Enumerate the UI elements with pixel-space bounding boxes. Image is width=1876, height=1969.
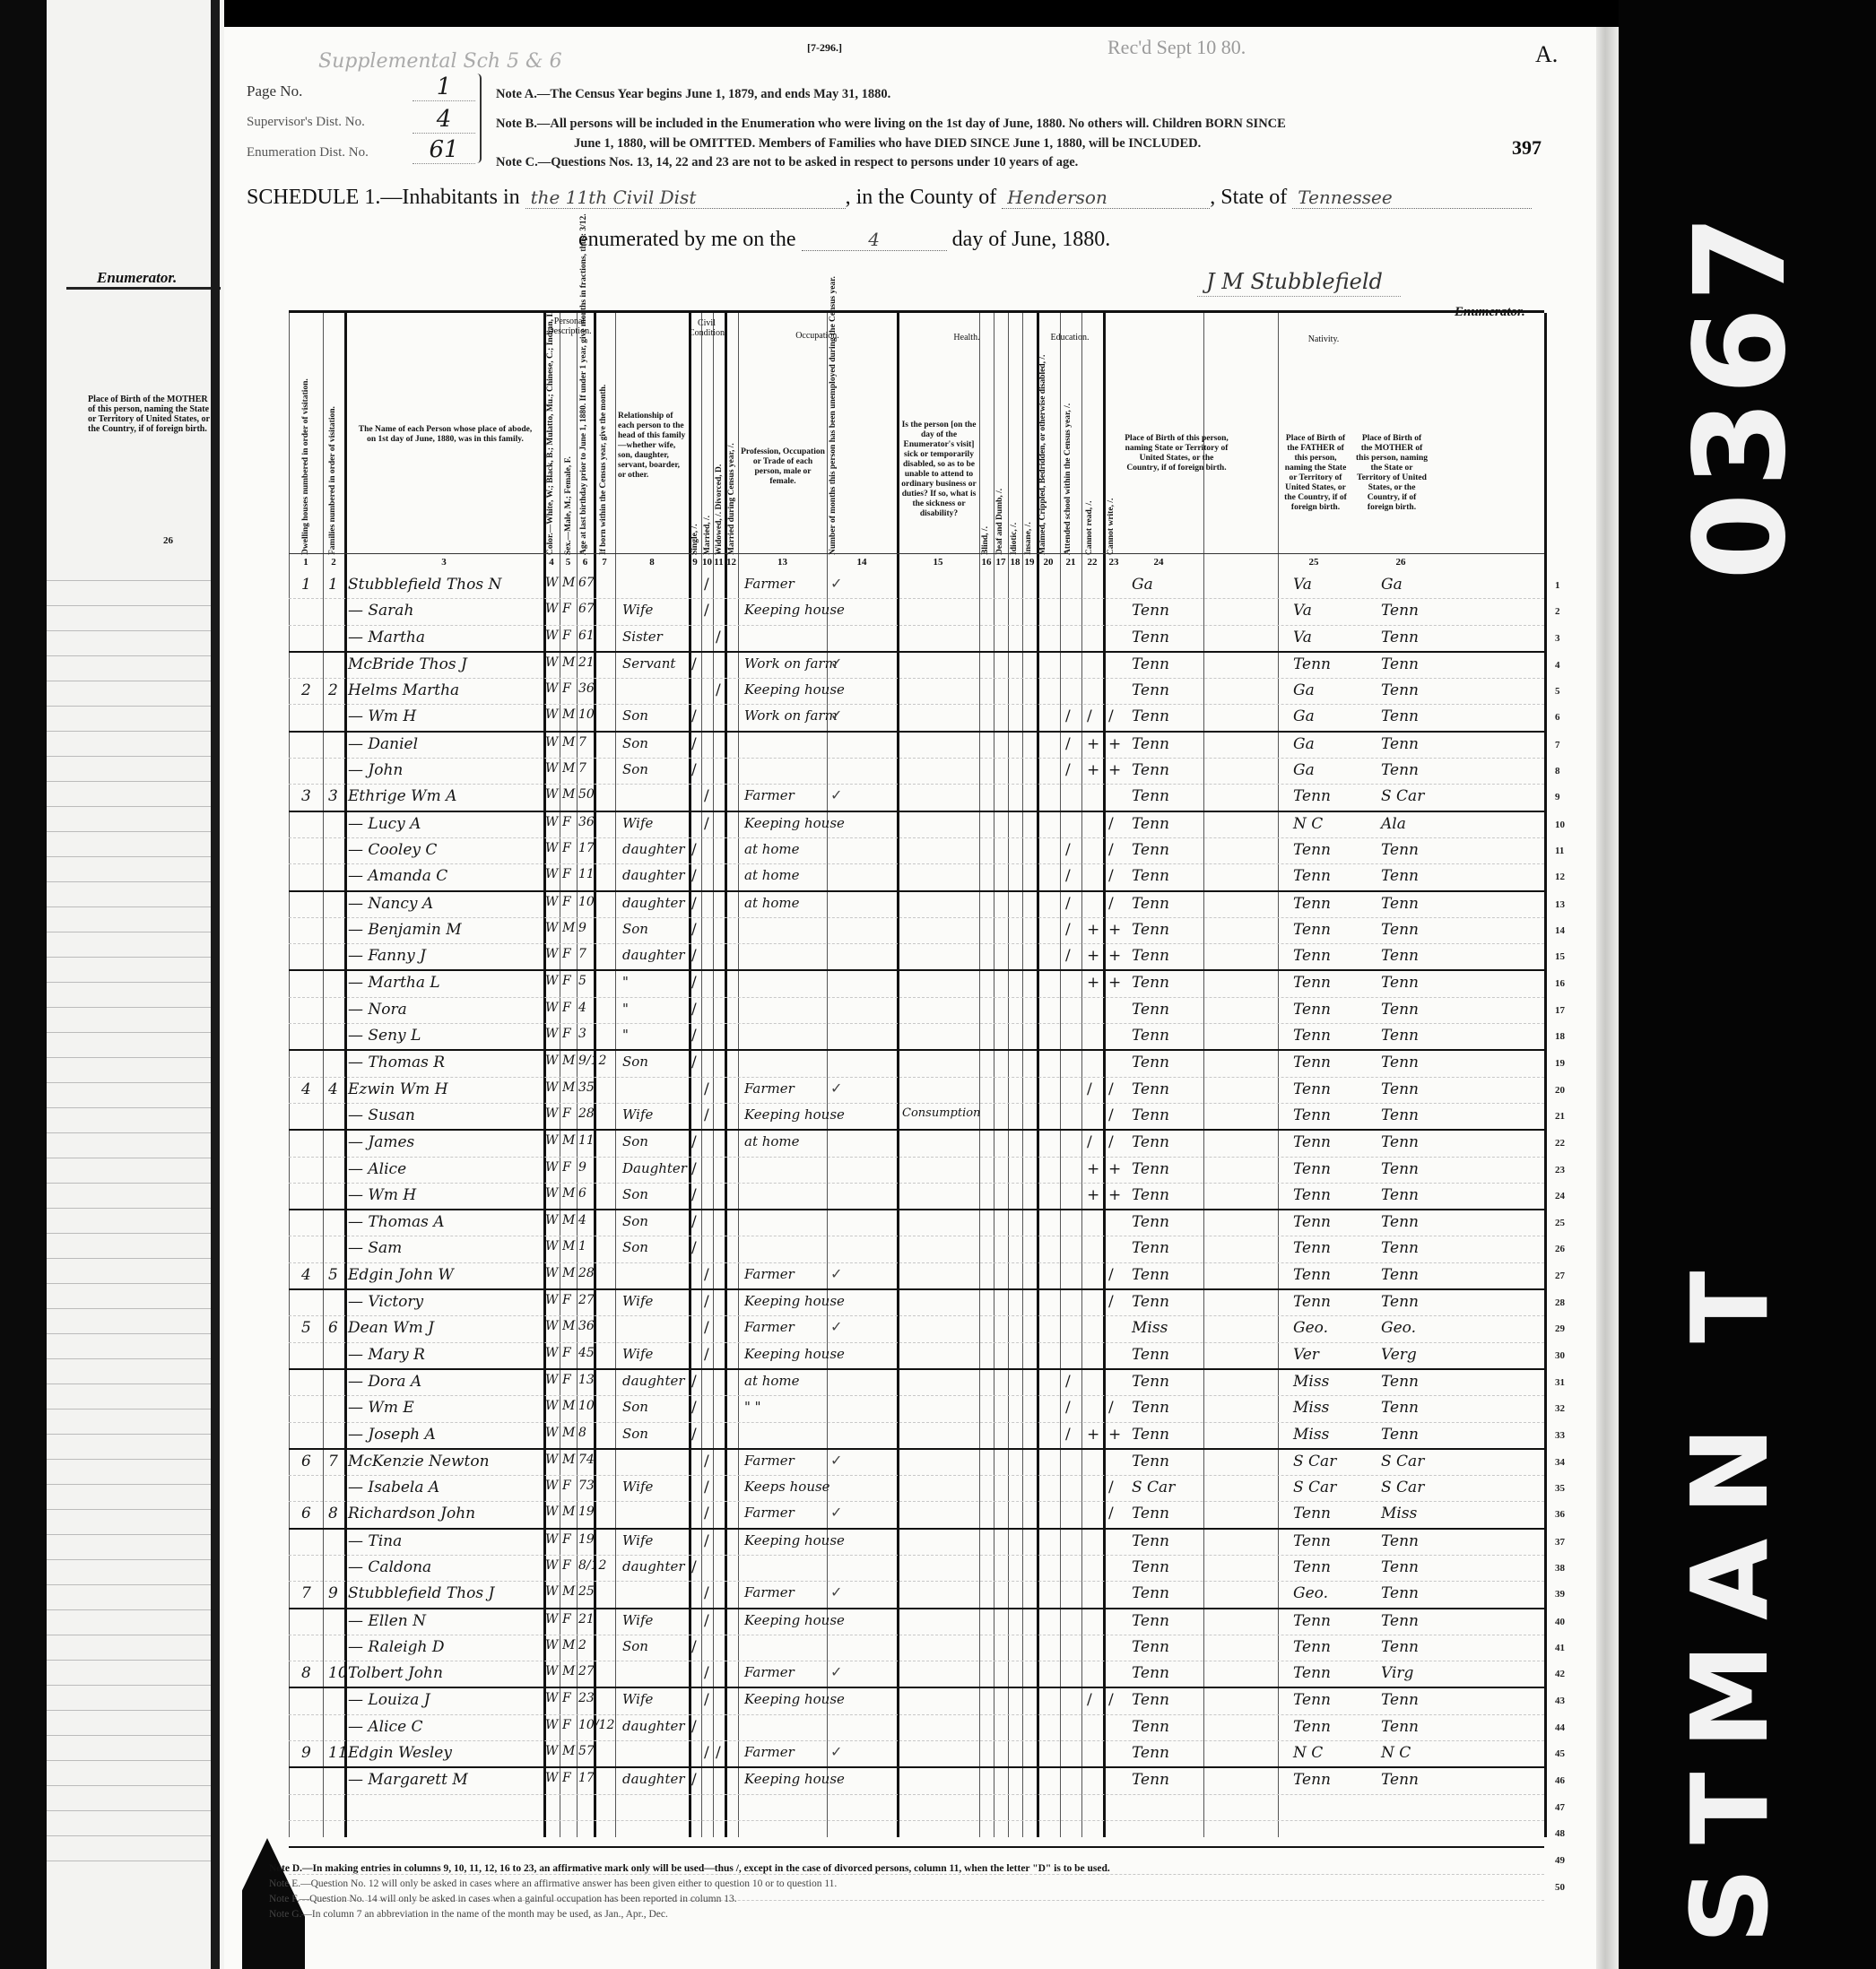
- line-number-right: 40: [1555, 1617, 1565, 1627]
- mother-birthplace: Tenn: [1381, 1718, 1419, 1736]
- age: 19: [578, 1532, 595, 1547]
- sex: F: [562, 1691, 571, 1705]
- occupation: Farmer: [744, 1505, 795, 1521]
- mother-birthplace: Tenn: [1381, 1293, 1419, 1311]
- age: 5: [578, 974, 586, 988]
- sex: M: [562, 1426, 575, 1440]
- birthplace: Tenn: [1132, 895, 1169, 913]
- relationship: Servant: [622, 655, 675, 672]
- col-5-header: Sex.—Male, M.; Female, F.: [564, 412, 574, 555]
- form-number: [7-296.]: [807, 41, 842, 55]
- father-birthplace: Tenn: [1293, 895, 1331, 913]
- person-name: — Cooley C: [348, 841, 437, 859]
- sex: M: [562, 1054, 575, 1068]
- dwelling-number: 4: [301, 1266, 311, 1284]
- person-name: — Seny L: [348, 1027, 421, 1045]
- father-birthplace: Geo.: [1293, 1319, 1328, 1337]
- age: 67: [578, 602, 595, 616]
- birthplace: Tenn: [1132, 761, 1169, 779]
- single-mark: /: [691, 655, 697, 673]
- cannot-write-mark: /: [1108, 1505, 1114, 1522]
- color: W: [545, 1558, 558, 1573]
- line-number-right: 16: [1555, 978, 1565, 989]
- father-birthplace: Va: [1293, 576, 1312, 594]
- birthplace: Tenn: [1132, 1426, 1169, 1444]
- sex: M: [562, 1744, 575, 1758]
- birthplace: Tenn: [1132, 974, 1169, 992]
- mother-birthplace: Tenn: [1381, 867, 1419, 885]
- occupation: Farmer: [744, 576, 795, 592]
- school-mark: /: [1065, 895, 1071, 913]
- check-mark: ✓: [830, 655, 842, 672]
- married-mark: /: [704, 1453, 709, 1470]
- table-row: — Benjamin M W M 9 Son / / + + Tenn Tenn…: [289, 918, 1544, 944]
- col-5-number: 5: [560, 557, 577, 568]
- line-number-right: 18: [1555, 1031, 1565, 1042]
- check-mark: ✓: [830, 1265, 842, 1283]
- line-number-right: 43: [1555, 1696, 1565, 1706]
- col-22-header: Cannot read, /.: [1085, 474, 1095, 555]
- mother-birthplace: Ala: [1381, 815, 1406, 833]
- father-birthplace: S Car: [1293, 1479, 1336, 1496]
- relationship: Son: [622, 921, 648, 937]
- relationship: Son: [622, 1054, 648, 1070]
- color: W: [545, 787, 558, 802]
- relationship: daughter: [622, 1718, 685, 1734]
- mother-birthplace: Tenn: [1381, 1638, 1419, 1656]
- table-row: — Amanda C W F 11 daughter / at home / /…: [289, 864, 1544, 891]
- married-mark: /: [704, 1319, 709, 1337]
- age: 28: [578, 1266, 595, 1280]
- col-10-header: Married, /.: [703, 483, 713, 555]
- table-row: — Wm H W M 10 Son / Work on farm ✓ / / /…: [289, 705, 1544, 732]
- age: 1: [578, 1239, 586, 1253]
- age: 8/12: [578, 1558, 606, 1573]
- line-number-right: 48: [1555, 1828, 1565, 1839]
- single-mark: /: [691, 1186, 697, 1204]
- col-23-header: Cannot write, /.: [1107, 474, 1116, 555]
- birthplace: Tenn: [1132, 1213, 1169, 1231]
- table-row: 6 8 Richardson John W M 19 / Farmer ✓ / …: [289, 1502, 1544, 1529]
- father-birthplace: Ga: [1293, 735, 1315, 753]
- single-mark: /: [691, 1054, 697, 1071]
- cannot-write-mark: +: [1108, 974, 1121, 992]
- page-no-value: 1: [413, 74, 475, 101]
- person-name: Stubblefield Thos J: [348, 1584, 494, 1602]
- day-suffix: day of June, 1880.: [952, 228, 1111, 251]
- school-mark: /: [1065, 841, 1071, 859]
- single-mark: /: [691, 1426, 697, 1444]
- birthplace: Tenn: [1132, 1718, 1169, 1736]
- line-number-right: 19: [1555, 1058, 1565, 1069]
- relationship: Son: [622, 761, 648, 777]
- person-name: — Alice C: [348, 1718, 423, 1736]
- age: 7: [578, 947, 586, 961]
- single-mark: /: [691, 1239, 697, 1257]
- supervisors-dist-label: Supervisor's Dist. No.: [247, 115, 365, 130]
- line-number-right: 21: [1555, 1111, 1565, 1122]
- age: 2: [578, 1638, 586, 1652]
- single-mark: /: [691, 735, 697, 753]
- person-name: — Joseph A: [348, 1426, 436, 1444]
- line-number-right: 32: [1555, 1403, 1565, 1414]
- line-number-right: 10: [1555, 820, 1565, 830]
- table-row: 7 9 Stubblefield Thos J W M 25 / Farmer …: [289, 1582, 1544, 1609]
- relationship: Wife: [622, 1691, 653, 1707]
- single-mark: /: [691, 1001, 697, 1019]
- line-number-right: 26: [1555, 1244, 1565, 1254]
- cannot-write-mark: +: [1108, 1186, 1121, 1204]
- person-name: — Alice: [348, 1160, 406, 1178]
- color: W: [545, 1638, 558, 1652]
- check-mark: ✓: [830, 1743, 842, 1761]
- mother-birthplace: Tenn: [1381, 629, 1419, 646]
- age: 7: [578, 761, 586, 776]
- cannot-write-mark: /: [1108, 1266, 1114, 1284]
- col-13-header: Profession, Occupation or Trade of each …: [741, 447, 825, 487]
- table-row: — Ellen N W F 21 Wife / Keeping house Te…: [289, 1609, 1544, 1635]
- relationship: Wife: [622, 1612, 653, 1628]
- father-birthplace: Tenn: [1293, 1558, 1331, 1576]
- received-stamp: Rec'd Sept 10 80.: [1107, 36, 1246, 59]
- pencil-annotation: Supplemental Sch 5 & 6: [318, 50, 562, 73]
- sex: F: [562, 1771, 571, 1785]
- occupation: Farmer: [744, 1266, 795, 1282]
- table-row: — Raleigh D W M 2 Son / Tenn Tenn Tenn 4…: [289, 1635, 1544, 1661]
- married-mark: /: [704, 1080, 709, 1098]
- relationship: Son: [622, 1133, 648, 1149]
- col-11-header: Widowed, /. Divorced, D.: [715, 421, 725, 555]
- age: 11: [578, 1133, 595, 1148]
- father-birthplace: Tenn: [1293, 1054, 1331, 1071]
- relationship: Son: [622, 1399, 648, 1415]
- single-mark: /: [691, 1133, 697, 1151]
- birthplace: Tenn: [1132, 1027, 1169, 1045]
- color: W: [545, 629, 558, 643]
- relationship: daughter: [622, 1373, 685, 1389]
- person-name: Dean Wm J: [348, 1319, 434, 1337]
- table-row: — Dora A W F 13 daughter / at home / Ten…: [289, 1370, 1544, 1396]
- single-mark: /: [691, 947, 697, 965]
- group-nativity: Nativity.: [1103, 334, 1544, 344]
- color: W: [545, 576, 558, 590]
- col-3-header: The Name of each Person whose place of a…: [353, 425, 537, 445]
- line-number-right: 1: [1555, 580, 1560, 591]
- mother-birthplace: Miss: [1381, 1505, 1417, 1522]
- col-3-number: 3: [344, 557, 543, 568]
- mother-birthplace: Tenn: [1381, 655, 1419, 673]
- note-g: Note G.—In column 7 an abbreviation in t…: [269, 1907, 1110, 1922]
- occupation: Farmer: [744, 1453, 795, 1469]
- sex: M: [562, 1505, 575, 1519]
- sex: M: [562, 1453, 575, 1467]
- cannot-read-mark: +: [1087, 735, 1099, 753]
- supervisors-dist-value: 4: [413, 106, 475, 134]
- person-name: — John: [348, 761, 403, 779]
- father-birthplace: Ga: [1293, 707, 1315, 725]
- birthplace: Tenn: [1132, 1691, 1169, 1709]
- father-birthplace: Miss: [1293, 1373, 1329, 1391]
- color: W: [545, 1373, 558, 1387]
- color: W: [545, 761, 558, 776]
- age: 13: [578, 1373, 595, 1387]
- line-number-right: 34: [1555, 1457, 1565, 1468]
- sex: F: [562, 1612, 571, 1626]
- cannot-write-mark: +: [1108, 1426, 1121, 1444]
- color: W: [545, 1001, 558, 1015]
- single-mark: /: [691, 1558, 697, 1576]
- birthplace: Tenn: [1132, 1453, 1169, 1470]
- single-mark: /: [691, 1718, 697, 1736]
- previous-page-column-number: 26: [163, 535, 173, 546]
- color: W: [545, 1505, 558, 1519]
- father-birthplace: Tenn: [1293, 1532, 1331, 1550]
- father-birthplace: Tenn: [1293, 1213, 1331, 1231]
- color: W: [545, 1612, 558, 1626]
- sex: M: [562, 1319, 575, 1333]
- col-18-number: 18: [1008, 557, 1022, 568]
- color: W: [545, 1664, 558, 1678]
- col-12-header: Married during Census year, /.: [727, 385, 737, 555]
- check-mark: ✓: [830, 707, 842, 724]
- color: W: [545, 1346, 558, 1360]
- relationship: Wife: [622, 1106, 653, 1123]
- line-number-right: 44: [1555, 1722, 1565, 1733]
- table-row: — Cooley C W F 17 daughter / at home / /…: [289, 838, 1544, 864]
- dwelling-number: 2: [301, 681, 311, 699]
- line-number-right: 45: [1555, 1748, 1565, 1759]
- col-1-number: 1: [289, 557, 323, 568]
- relationship: Son: [622, 1186, 648, 1202]
- cannot-write-mark: /: [1108, 707, 1114, 725]
- col-16-number: 16: [979, 557, 994, 568]
- table-row: — Sam W M 1 Son / Tenn Tenn Tenn 26: [289, 1236, 1544, 1262]
- col-2-header: Families numbered in order of visitation…: [328, 358, 338, 555]
- line-number-right: 17: [1555, 1005, 1565, 1016]
- mother-birthplace: Tenn: [1381, 1771, 1419, 1789]
- col-9-number: 9: [689, 557, 701, 568]
- father-birthplace: Tenn: [1293, 921, 1331, 939]
- single-mark: /: [691, 921, 697, 939]
- married-mark: /: [704, 1612, 709, 1630]
- table-row: 9 11 Edgin Wesley W M 57 / / Farmer ✓ Te…: [289, 1741, 1544, 1768]
- col-4-header: Color.—White, W.; Black, B.; Mulatto, Mu…: [546, 349, 556, 555]
- person-name: Stubblefield Thos N: [348, 576, 501, 594]
- line-number-right: 14: [1555, 925, 1565, 936]
- occupation: Keeping house: [744, 1293, 845, 1309]
- relationship: daughter: [622, 1771, 685, 1787]
- person-name: — Sarah: [348, 602, 413, 620]
- cannot-read-mark: /: [1087, 1691, 1092, 1709]
- relationship: Son: [622, 1213, 648, 1229]
- father-birthplace: Tenn: [1293, 1638, 1331, 1656]
- birthplace: Tenn: [1132, 921, 1169, 939]
- sex: M: [562, 1399, 575, 1413]
- father-birthplace: N C: [1293, 815, 1323, 833]
- col-12-number: 12: [725, 557, 738, 568]
- age: 27: [578, 1664, 595, 1678]
- film-left-border: [0, 0, 47, 1969]
- cannot-read-mark: +: [1087, 1186, 1099, 1204]
- married-mark: /: [704, 576, 709, 594]
- line-number-right: 28: [1555, 1297, 1565, 1308]
- age: 9: [578, 1160, 586, 1175]
- color: W: [545, 947, 558, 961]
- line-number-right: 33: [1555, 1430, 1565, 1441]
- cannot-write-mark: /: [1108, 815, 1114, 833]
- person-name: Richardson John: [348, 1505, 475, 1522]
- person-name: — Susan: [348, 1106, 415, 1124]
- mother-birthplace: Tenn: [1381, 947, 1419, 965]
- footer-notes: Note D.—In making entries in columns 9, …: [269, 1861, 1110, 1922]
- occupation: Keeping house: [744, 1106, 845, 1123]
- line-number-right: 2: [1555, 606, 1560, 617]
- birthplace: Tenn: [1132, 1346, 1169, 1364]
- col-4-number: 4: [543, 557, 560, 568]
- relationship: Son: [622, 735, 648, 751]
- person-name: — Mary R: [348, 1346, 425, 1364]
- person-name: — Sam: [348, 1239, 402, 1257]
- father-birthplace: Tenn: [1293, 655, 1331, 673]
- page-no-label: Page No.: [247, 82, 302, 100]
- father-birthplace: Tenn: [1293, 1718, 1331, 1736]
- table-row: — Isabela A W F 73 Wife / Keeps house / …: [289, 1476, 1544, 1502]
- mother-birthplace: Tenn: [1381, 1133, 1419, 1151]
- note-a: Note A.—The Census Year begins June 1, 1…: [496, 87, 890, 102]
- birthplace: Tenn: [1132, 1532, 1169, 1550]
- sex: M: [562, 576, 575, 590]
- dwelling-number: 8: [301, 1664, 311, 1682]
- color: W: [545, 1106, 558, 1121]
- line-number-right: 6: [1555, 712, 1560, 723]
- line-number-right: 27: [1555, 1271, 1565, 1281]
- cannot-write-mark: /: [1108, 841, 1114, 859]
- dwelling-number: 7: [301, 1584, 311, 1602]
- line-number-right: 50: [1555, 1882, 1565, 1893]
- line-number-right: 22: [1555, 1138, 1565, 1149]
- check-mark: ✓: [830, 1663, 842, 1681]
- col-15-number: 15: [897, 557, 979, 568]
- sickness: Consumption: [902, 1106, 980, 1120]
- birthplace: Tenn: [1132, 1744, 1169, 1762]
- previous-page-column-header: Place of Birth of the MOTHER of this per…: [88, 395, 215, 434]
- father-birthplace: Geo.: [1293, 1584, 1328, 1602]
- mother-birthplace: Tenn: [1381, 1001, 1419, 1019]
- relationship: daughter: [622, 867, 685, 883]
- single-mark: /: [691, 1771, 697, 1789]
- person-name: — Louiza J: [348, 1691, 430, 1709]
- color: W: [545, 895, 558, 909]
- sex: F: [562, 1718, 571, 1732]
- color: W: [545, 921, 558, 935]
- family-number: 7: [328, 1453, 338, 1470]
- mother-birthplace: Tenn: [1381, 1080, 1419, 1098]
- dwelling-number: 4: [301, 1080, 311, 1098]
- col-11-number: 11: [713, 557, 725, 568]
- birthplace: Tenn: [1132, 681, 1169, 699]
- father-birthplace: S Car: [1293, 1453, 1336, 1470]
- color: W: [545, 1479, 558, 1493]
- age: 45: [578, 1346, 595, 1360]
- father-birthplace: Tenn: [1293, 841, 1331, 859]
- table-row: — Martha W F 61 Sister / Tenn Va Tenn 3: [289, 626, 1544, 653]
- person-name: — Daniel: [348, 735, 418, 753]
- father-birthplace: Va: [1293, 602, 1312, 620]
- sex: F: [562, 681, 571, 696]
- relationship: ": [622, 974, 629, 990]
- relationship: Sister: [622, 629, 663, 645]
- cannot-write-mark: +: [1108, 947, 1121, 965]
- father-birthplace: Miss: [1293, 1399, 1329, 1417]
- birthplace: Tenn: [1132, 629, 1169, 646]
- color: W: [545, 681, 558, 696]
- age: 10: [578, 1399, 595, 1413]
- person-name: — Wm H: [348, 1186, 416, 1204]
- father-birthplace: Tenn: [1293, 1027, 1331, 1045]
- single-mark: /: [691, 1399, 697, 1417]
- relationship: Wife: [622, 815, 653, 831]
- dwelling-number: 6: [301, 1453, 311, 1470]
- table-row: — Wm H W M 6 Son / + + Tenn Tenn Tenn 24: [289, 1184, 1544, 1210]
- line-number-right: 15: [1555, 951, 1565, 962]
- mother-birthplace: Tenn: [1381, 1266, 1419, 1284]
- single-mark: /: [691, 1373, 697, 1391]
- person-name: — Raleigh D: [348, 1638, 445, 1656]
- group-civil-condition: Civil Condition.: [689, 318, 725, 338]
- sex: M: [562, 1133, 575, 1148]
- col-14-header: Number of months this person has been un…: [829, 349, 838, 555]
- state-label: , State of: [1210, 186, 1287, 209]
- col-24-header: Place of Birth of this person, naming St…: [1123, 434, 1230, 473]
- school-mark: /: [1065, 1373, 1071, 1391]
- table-row: — Susan W F 28 Wife / Keeping house Cons…: [289, 1104, 1544, 1131]
- mother-birthplace: Tenn: [1381, 895, 1419, 913]
- line-number-right: 39: [1555, 1589, 1565, 1600]
- census-rows: 1 1 Stubblefield Thos N W M 67 / Farmer …: [289, 573, 1544, 1901]
- schedule-line: SCHEDULE 1.—Inhabitants in the 11th Civi…: [247, 186, 1532, 210]
- occupation: Keeping house: [744, 681, 845, 698]
- table-row: 4 4 Ezwin Wm H W M 35 / Farmer ✓ / / Ten…: [289, 1078, 1544, 1104]
- color: W: [545, 1266, 558, 1280]
- cannot-write-mark: /: [1108, 1293, 1114, 1311]
- previous-page-margin: Enumerator. Place of Birth of the MOTHER…: [47, 0, 224, 1969]
- father-birthplace: Tenn: [1293, 1505, 1331, 1522]
- cannot-read-mark: +: [1087, 761, 1099, 779]
- relationship: Wife: [622, 602, 653, 618]
- sex: M: [562, 787, 575, 802]
- table-row: — Thomas A W M 4 Son / Tenn Tenn Tenn 25: [289, 1210, 1544, 1236]
- mother-birthplace: Tenn: [1381, 681, 1419, 699]
- birthplace: Tenn: [1132, 787, 1169, 805]
- single-mark: /: [691, 1160, 697, 1178]
- cannot-write-mark: /: [1108, 1479, 1114, 1496]
- col-9-header: Single, /.: [690, 483, 700, 555]
- married-mark: /: [704, 1266, 709, 1284]
- line-number-right: 13: [1555, 899, 1565, 910]
- age: 36: [578, 681, 595, 696]
- cannot-write-mark: /: [1108, 1399, 1114, 1417]
- sex: M: [562, 1638, 575, 1652]
- birthplace: Tenn: [1132, 1505, 1169, 1522]
- birthplace: Tenn: [1132, 1293, 1169, 1311]
- col-20-number: 20: [1037, 557, 1060, 568]
- table-row: — Daniel W M 7 Son / / + + Tenn Ga Tenn …: [289, 733, 1544, 759]
- occupation: Farmer: [744, 1664, 795, 1680]
- family-number: 5: [328, 1266, 338, 1284]
- col-6-header: Age at last birthday prior to June 1, 18…: [579, 349, 589, 555]
- married-mark: /: [704, 815, 709, 833]
- school-mark: /: [1065, 921, 1071, 939]
